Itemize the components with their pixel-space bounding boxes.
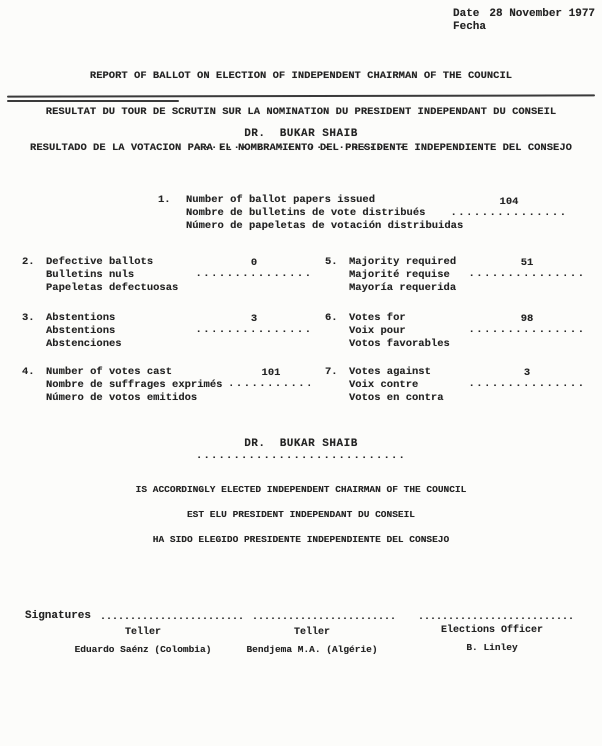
item-6-value: 98 ............... (463, 314, 591, 335)
dotted-line: ............................ (0, 141, 602, 151)
item-5-value: 51 ............... (463, 258, 591, 279)
statement-es: HA SIDO ELEGIDO PRESIDENTE INDEPENDIENTE… (0, 534, 602, 545)
date-label-es: Fecha (453, 21, 595, 34)
signature-line-2: ........................ (252, 612, 396, 623)
item-label-en: Votes against (349, 366, 444, 379)
date-label: Date (453, 8, 479, 21)
ballot-item-7: 7. Votes against Voix contre Votos en co… (325, 366, 444, 405)
item-value: 0 (195, 258, 313, 268)
item-label-en: Majority required (349, 256, 456, 269)
item-number: 1. (158, 194, 186, 233)
dotted-line: ........... (228, 379, 314, 389)
item-2-value: 0 ............... (195, 258, 313, 279)
item-label-es: Abstenciones (46, 338, 122, 351)
item-4-value: 101 ........... (228, 368, 314, 389)
ballot-item-2: 2. Defective ballots Bulletins nuls Pape… (22, 256, 178, 295)
ballot-item-5: 5. Majority required Majorité requise Ma… (325, 256, 456, 295)
date-value: 28 November 1977 (489, 8, 595, 21)
item-number: 7. (325, 366, 349, 405)
document-title: REPORT OF BALLOT ON ELECTION OF INDEPEND… (0, 46, 602, 178)
item-3-value: 3 ............... (195, 314, 313, 335)
item-label-fr: Majorité requise (349, 269, 456, 282)
horizontal-rule-segment (7, 100, 179, 102)
item-number: 6. (325, 312, 349, 351)
item-label-en: Number of ballot papers issued (186, 194, 463, 207)
ballot-item-3: 3. Abstentions Abstentions Abstenciones (22, 312, 122, 351)
candidate-name-block-bottom: DR. BUKAR SHAIB ........................… (0, 439, 602, 461)
item-number: 3. (22, 312, 46, 351)
ballot-item-6: 6. Votes for Voix pour Votos favorables (325, 312, 450, 351)
item-label-fr: Abstentions (46, 325, 122, 338)
item-value: 104 (448, 197, 570, 207)
item-number: 2. (22, 256, 46, 295)
item-value: 3 (195, 314, 313, 324)
candidate-name: DR. BUKAR SHAIB (0, 129, 602, 140)
item-label-es: Votos favorables (349, 338, 450, 351)
item-label-fr: Nombre de suffrages exprimés (46, 379, 222, 392)
date-block: Date 28 November 1977 Fecha (453, 8, 595, 34)
dotted-line: ............... (463, 325, 591, 335)
signer-role-3: Elections Officer (412, 625, 572, 636)
item-value: 51 (463, 258, 591, 268)
ballot-report-document: Date 28 November 1977 Fecha REPORT OF BA… (0, 0, 602, 746)
item-label-fr: Nombre de bulletins de vote distribués (186, 207, 463, 220)
dotted-line: ............................ (0, 451, 602, 461)
signature-line-3: .......................... (418, 612, 574, 623)
dotted-line: ............... (448, 208, 570, 218)
signature-line-1: ........................ (100, 612, 244, 623)
statement-fr: EST ELU PRESIDENT INDEPENDANT DU CONSEIL (0, 509, 602, 520)
dotted-line: ............... (195, 269, 313, 279)
signer-role-2: Teller (242, 627, 382, 638)
item-value: 98 (463, 314, 591, 324)
item-7-value: 3 ............... (463, 368, 591, 389)
signer-role-1: Teller (73, 627, 213, 638)
item-label-fr: Voix pour (349, 325, 450, 338)
item-label-es: Papeletas defectuosas (46, 282, 178, 295)
dotted-line: ............... (195, 325, 313, 335)
signer-name-2: Bendjema M.A. (Algérie) (222, 644, 402, 655)
dotted-line: ............... (463, 379, 591, 389)
item-label-en: Defective ballots (46, 256, 178, 269)
item-1-value: 104 ............... (448, 197, 570, 218)
signer-name-1: Eduardo Saénz (Colombia) (53, 644, 233, 655)
item-label-es: Número de papeletas de votación distribu… (186, 220, 463, 233)
item-label-en: Abstentions (46, 312, 122, 325)
dotted-line: ............... (463, 269, 591, 279)
statement-en: IS ACCORDINGLY ELECTED INDEPENDENT CHAIR… (0, 484, 602, 495)
item-label-fr: Voix contre (349, 379, 444, 392)
item-number: 4. (22, 366, 46, 405)
item-number: 5. (325, 256, 349, 295)
election-result-statements: IS ACCORDINGLY ELECTED INDEPENDENT CHAIR… (0, 484, 602, 559)
item-value: 101 (228, 368, 314, 378)
candidate-name: DR. BUKAR SHAIB (0, 439, 602, 450)
title-line-en: REPORT OF BALLOT ON ELECTION OF INDEPEND… (0, 70, 602, 82)
ballot-item-4: 4. Number of votes cast Nombre de suffra… (22, 366, 222, 405)
item-label-fr: Bulletins nuls (46, 269, 178, 282)
ballot-item-1: 1. Number of ballot papers issued Nombre… (158, 194, 463, 233)
item-label-es: Número de votos emitidos (46, 392, 222, 405)
signer-name-3: B. Linley (412, 642, 572, 653)
item-label-es: Mayoría requerida (349, 282, 456, 295)
signatures-label: Signatures (25, 610, 91, 622)
item-label-en: Number of votes cast (46, 366, 222, 379)
item-value: 3 (463, 368, 591, 378)
candidate-name-block-top: DR. BUKAR SHAIB ........................… (0, 129, 602, 151)
title-line-fr: RESULTAT DU TOUR DE SCRUTIN SUR LA NOMIN… (0, 106, 602, 118)
item-label-es: Votos en contra (349, 392, 444, 405)
item-label-en: Votes for (349, 312, 450, 325)
